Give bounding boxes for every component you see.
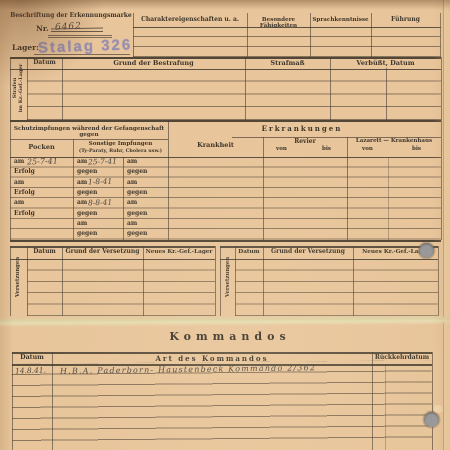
card-seam [0,315,450,327]
stalag-stamp: Stalag 326 [38,36,133,56]
cell-label: am [127,200,137,206]
nr-rule [48,35,112,36]
cell-label: am [127,159,137,165]
lazarett-bis: bis [412,147,421,153]
rule [10,139,168,140]
cell-label: gegen [127,211,147,217]
cell-label: gegen [77,231,97,237]
cell-label: gegen [127,190,147,196]
cell-handwriting: 25-7-41 [88,156,117,166]
cell-handwriting: 25-7-41 [27,156,58,166]
illnesses-title: Erkrankungen [232,125,372,133]
col-grund-der-versetzung: Grund der Versetzung [63,249,142,255]
vline [220,246,221,316]
vline [441,57,442,120]
cell-label: am [77,221,87,227]
cell-label: am [77,159,87,165]
section-border [10,120,441,122]
revier-bis: bis [322,147,331,153]
cell-label: am [127,221,137,227]
vline [10,57,11,120]
cell-label: am [77,200,87,206]
revier-von: von [276,147,287,153]
cell-label: am [127,180,137,186]
kommandos-title: Kommandos [0,331,450,343]
col-grund-der-versetzung: Grund der Versetzung [264,249,352,255]
cell-label: am [77,180,87,186]
cell-label: gegen [77,169,97,175]
col-charaktereigenschaften: Charaktereigenschaften u. a. [135,17,245,23]
cell-handwriting: 8-8-41 [88,197,112,207]
kommando-entry-datum: 14.8.41. [15,365,46,375]
id-block-title: Beschriftung der Erkennungsmarke [10,13,132,19]
punch-hole [424,412,439,427]
strike-line [51,31,103,32]
grid-rows [10,157,441,240]
vline [10,246,11,316]
vline [441,120,442,240]
col-datum: Datum [28,60,61,66]
col-krankheit: Krankheit [169,142,262,149]
col-verbuesst-datum: Verbüßt, Datum [331,60,440,67]
cell-label: gegen [77,190,97,196]
col-sprachkenntnisse: Sprachkenntnisse [311,17,370,23]
col-revier: Revier [264,139,346,145]
vline [215,246,216,316]
vline [438,246,439,316]
punch-hole [419,243,434,258]
col-grund-der-bestrafung: Grund der Bestrafung [63,60,244,67]
transfers-row-label: Versetzungen [15,248,21,306]
nr-label: Nr. [36,25,49,33]
col-pocken: Pocken [11,144,72,151]
col-sonstige-impfungen-detail: (Ty-Paraty, Ruhr, Cholera usw.) [74,149,167,154]
cell-label: gegen [127,169,147,175]
lager-label: Lager: [12,44,39,52]
pow-record-card-scan: Beschriftung der Erkennungsmarke Nr. 646… [0,0,450,450]
col-lazarett-krankenhaus: Lazarett — Krankenhaus [348,139,440,145]
cell-label: am [14,200,24,206]
cell-handwriting: 1-8-41 [88,177,112,187]
col-fuehrung: Führung [372,17,439,23]
empty-rows [133,27,441,58]
col-neues-lager: Neues Kr.-Gef.-Lager [144,249,214,255]
empty-rows [235,259,438,316]
cell-label: gegen [127,231,147,237]
lazarett-von: von [362,147,373,153]
cell-label: am [14,159,24,165]
cell-label: Erfolg [14,169,35,175]
cell-label: Erfolg [14,190,35,196]
vaccinations-title: Schutzimpfungen während der Gefangenscha… [11,126,167,138]
cell-label: am [14,180,24,186]
page-edge-margin [444,0,450,450]
transfers-row-label: Versetzungen [225,248,231,306]
col-datum: Datum [236,249,262,255]
col-datum: Datum [28,249,61,255]
cell-label: gegen [77,211,97,217]
empty-rows [27,69,441,120]
section-border [10,240,441,242]
col-datum: Datum [13,355,51,362]
paper-tear [434,405,443,413]
col-strafmass: Strafmaß [246,60,329,67]
empty-rows [27,259,215,316]
cell-label: Erfolg [14,211,35,217]
col-sonstige-impfungen: Sonstige Impfungen [74,141,167,147]
punishments-row-label: Strafen im Kr.-Gef.-Lager [12,58,24,118]
